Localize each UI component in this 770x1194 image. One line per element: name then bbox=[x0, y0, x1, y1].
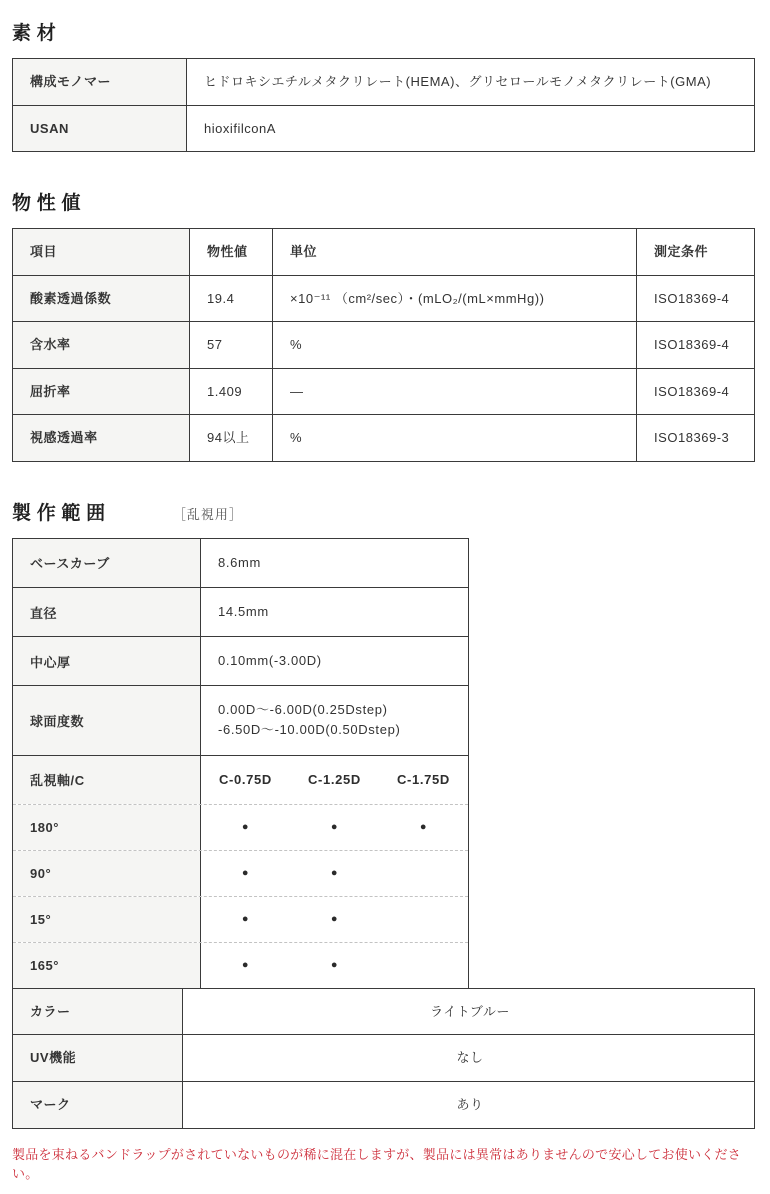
range-type-label: ［乱視用］ bbox=[173, 504, 243, 525]
table-row: 直径 14.5mm bbox=[13, 587, 468, 636]
col-header: 物性値 bbox=[190, 229, 273, 276]
row-label: ベースカーブ bbox=[13, 539, 201, 587]
properties-section-title: 物性値 bbox=[12, 188, 86, 215]
axis-row: 180° ● ● ● bbox=[13, 804, 468, 850]
table-header-row: 項目 物性値 単位 測定条件 bbox=[13, 229, 755, 276]
row-label: USAN bbox=[13, 105, 187, 152]
row-label: 含水率 bbox=[13, 322, 190, 369]
dot-mark: ● bbox=[201, 957, 290, 974]
row-value: ヒドロキシエチルメタクリレート(HEMA)、グリセロールモノメタクリレート(GM… bbox=[187, 59, 755, 106]
dot-mark: ● bbox=[290, 957, 379, 974]
row-label: マーク bbox=[13, 1081, 183, 1128]
table-row: 視感透過率 94以上 % ISO18369-3 bbox=[13, 415, 755, 462]
dot-mark: ● bbox=[290, 865, 379, 882]
spec-page: 素材 構成モノマー ヒドロキシエチルメタクリレート(HEMA)、グリセロールモノ… bbox=[0, 0, 770, 1194]
axis-row: 165° ● ● bbox=[13, 942, 468, 988]
row-label: 酸素透過係数 bbox=[13, 275, 190, 322]
property-value: 94以上 bbox=[190, 415, 273, 462]
col-header: 単位 bbox=[273, 229, 637, 276]
table-row: 屈折率 1.409 ― ISO18369-4 bbox=[13, 368, 755, 415]
options-table: カラー ライトブルー UV機能 なし マーク あり bbox=[12, 988, 755, 1129]
axis-marks: ● ● ● bbox=[201, 805, 468, 850]
table-row: 球面度数 0.00D〜-6.00D(0.25Dstep) -6.50D〜-10.… bbox=[13, 685, 468, 754]
row-label: 構成モノマー bbox=[13, 59, 187, 106]
dot-mark: ● bbox=[201, 865, 290, 882]
row-value: 0.10mm(-3.00D) bbox=[201, 637, 468, 685]
table-row: カラー ライトブルー bbox=[13, 988, 755, 1035]
table-row: 酸素透過係数 19.4 ×10⁻¹¹ （cm²/sec）・(mLO₂/(mL×m… bbox=[13, 275, 755, 322]
property-value: 1.409 bbox=[190, 368, 273, 415]
table-row: 構成モノマー ヒドロキシエチルメタクリレート(HEMA)、グリセロールモノメタク… bbox=[13, 59, 755, 106]
material-section-title: 素材 bbox=[12, 18, 757, 45]
row-label: 90° bbox=[13, 851, 201, 896]
range-section-header: 製作範囲 ［乱視用］ bbox=[12, 498, 757, 525]
property-value: 57 bbox=[190, 322, 273, 369]
table-row: 含水率 57 % ISO18369-4 bbox=[13, 322, 755, 369]
row-value: 0.00D〜-6.00D(0.25Dstep) -6.50D〜-10.00D(0… bbox=[201, 686, 468, 754]
range-table: ベースカーブ 8.6mm 直径 14.5mm 中心厚 0.10mm(-3.00D… bbox=[12, 538, 469, 988]
range-section-title: 製作範囲 bbox=[12, 498, 111, 525]
property-unit: ― bbox=[273, 368, 637, 415]
row-label: 直径 bbox=[13, 588, 201, 636]
col-header: 項目 bbox=[13, 229, 190, 276]
table-row: UV機能 なし bbox=[13, 1035, 755, 1082]
row-value: hioxifilconA bbox=[187, 105, 755, 152]
dot-mark: ● bbox=[290, 819, 379, 836]
properties-table: 項目 物性値 単位 測定条件 酸素透過係数 19.4 ×10⁻¹¹ （cm²/s… bbox=[12, 228, 755, 462]
axis-row: 15° ● ● bbox=[13, 896, 468, 942]
table-row: ベースカーブ 8.6mm bbox=[13, 539, 468, 587]
property-condition: ISO18369-4 bbox=[637, 322, 755, 369]
row-value: なし bbox=[183, 1035, 755, 1082]
row-label: 乱視軸/C bbox=[13, 756, 201, 804]
row-label: 15° bbox=[13, 897, 201, 942]
axis-col-header: C-1.75D bbox=[379, 770, 468, 790]
property-condition: ISO18369-4 bbox=[637, 275, 755, 322]
row-label: 165° bbox=[13, 943, 201, 988]
row-value: ライトブルー bbox=[183, 988, 755, 1035]
col-header: 測定条件 bbox=[637, 229, 755, 276]
row-label: カラー bbox=[13, 988, 183, 1035]
axis-column-headers: C-0.75D C-1.25D C-1.75D bbox=[201, 756, 468, 804]
properties-section-header: 物性値 bbox=[12, 188, 757, 215]
row-value: 14.5mm bbox=[201, 588, 468, 636]
row-value: 8.6mm bbox=[201, 539, 468, 587]
axis-col-header: C-0.75D bbox=[201, 770, 290, 790]
row-label: 球面度数 bbox=[13, 686, 201, 754]
material-table: 構成モノマー ヒドロキシエチルメタクリレート(HEMA)、グリセロールモノメタク… bbox=[12, 58, 755, 152]
row-label: 屈折率 bbox=[13, 368, 190, 415]
row-label: UV機能 bbox=[13, 1035, 183, 1082]
axis-col-header: C-1.25D bbox=[290, 770, 379, 790]
footer-note: 製品を束ねるバンドラップがされていないものが稀に混在しますが、製品には異常はあり… bbox=[12, 1145, 757, 1184]
property-condition: ISO18369-3 bbox=[637, 415, 755, 462]
table-row: マーク あり bbox=[13, 1081, 755, 1128]
axis-marks: ● ● bbox=[201, 851, 468, 896]
property-condition: ISO18369-4 bbox=[637, 368, 755, 415]
row-value: あり bbox=[183, 1081, 755, 1128]
dot-mark: ● bbox=[201, 911, 290, 928]
property-unit: ×10⁻¹¹ （cm²/sec）・(mLO₂/(mL×mmHg)) bbox=[273, 275, 637, 322]
table-row: 中心厚 0.10mm(-3.00D) bbox=[13, 636, 468, 685]
row-label: 中心厚 bbox=[13, 637, 201, 685]
property-unit: % bbox=[273, 322, 637, 369]
axis-marks: ● ● bbox=[201, 897, 468, 942]
row-label: 視感透過率 bbox=[13, 415, 190, 462]
axis-header-row: 乱視軸/C C-0.75D C-1.25D C-1.75D bbox=[13, 755, 468, 804]
dot-mark: ● bbox=[201, 819, 290, 836]
property-unit: % bbox=[273, 415, 637, 462]
axis-marks: ● ● bbox=[201, 943, 468, 988]
dot-mark: ● bbox=[290, 911, 379, 928]
axis-row: 90° ● ● bbox=[13, 850, 468, 896]
dot-mark: ● bbox=[379, 819, 468, 836]
table-row: USAN hioxifilconA bbox=[13, 105, 755, 152]
property-value: 19.4 bbox=[190, 275, 273, 322]
row-label: 180° bbox=[13, 805, 201, 850]
